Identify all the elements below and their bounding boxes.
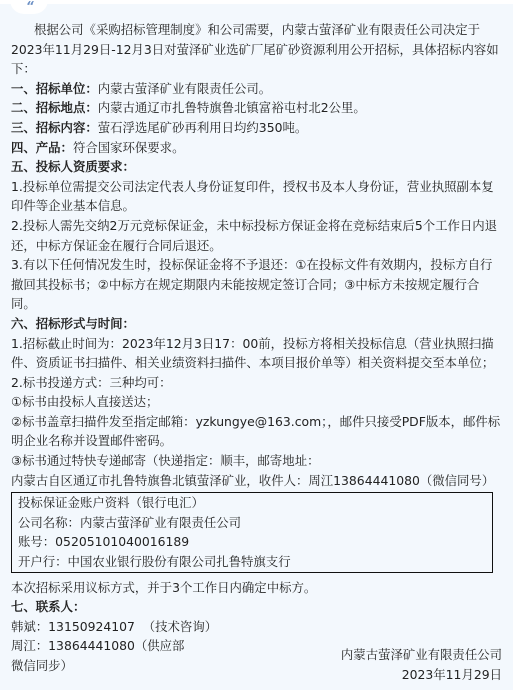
section-3-label: 三、招标内容： xyxy=(11,120,98,135)
bank-account-number: 账号：05205101040016189 xyxy=(18,532,492,552)
section-2: 二、招标地点：内蒙古通辽市扎鲁特旗鲁北镇富裕屯村北2公里。 xyxy=(11,98,503,118)
bank-company-name: 公司名称：内蒙古萤泽矿业有限责任公司 xyxy=(18,513,492,533)
tender-item: ③标书通过特快专递邮寄（快递指定：顺丰，邮寄地址： xyxy=(11,451,503,471)
qualification-item: 3.有以下任何情况发生时，投标保证金将不予退还：①在投标文件有效期内，投标方自行… xyxy=(11,255,503,314)
section-1-label: 一、招标单位： xyxy=(11,81,98,96)
section-1: 一、招标单位：内蒙古萤泽矿业有限责任公司。 xyxy=(11,79,503,99)
tender-item: 2.标书投递方式：三种均可： xyxy=(11,373,503,393)
notice-body: 根据公司《采购招标管理制度》和公司需要，内蒙古萤泽矿业有限责任公司决定于2023… xyxy=(11,20,503,676)
contact-name: 韩斌： xyxy=(11,619,48,634)
section-3-text: 萤石浮选尾矿砂再利用日均约350吨。 xyxy=(98,120,308,135)
bank-account-box: 投标保证金账户资料（银行电汇） 公司名称：内蒙古萤泽矿业有限责任公司 账号：05… xyxy=(11,492,493,572)
signature-company: 内蒙古萤泽矿业有限责任公司 xyxy=(341,645,502,665)
contact-item: 韩斌：13150924107 （技术咨询） xyxy=(11,617,503,637)
bank-branch: 开户行：中国农业银行股份有限公司扎鲁特旗支行 xyxy=(18,552,492,572)
qualification-item: 1.投标单位需提交公司法定代表人身份证复印件，授权书及本人身份证，营业执照副本复… xyxy=(11,177,503,216)
tender-item: ①标书由投标人直接送达； xyxy=(11,392,503,412)
tender-item: 1.招标截止时间为：2023年12月3日17：00前，投标方将相关投标信息（营业… xyxy=(11,334,503,373)
tender-item-address: 内蒙古自区通辽市扎鲁特旗鲁北镇萤泽矿业，收件人：周江13864441080（微信… xyxy=(11,471,503,491)
signature-block: 内蒙古萤泽矿业有限责任公司 2023年11月29日 xyxy=(341,645,502,684)
method-note: 本次招标采用议标方式，并于3个工作日内确定中标方。 xyxy=(11,578,503,598)
section-4: 四、产品：符合国家环保要求。 xyxy=(11,138,503,158)
tender-item-email: ②标书盖章扫描件发至指定邮箱：yzkungye@163.com；，邮件只接受PD… xyxy=(11,412,503,451)
section-1-text: 内蒙古萤泽矿业有限责任公司。 xyxy=(98,81,271,96)
section-6-heading: 六、招标形式与时间： xyxy=(11,314,503,334)
section-4-label: 四、产品： xyxy=(11,140,73,155)
section-2-text: 内蒙古通辽市扎鲁特旗鲁北镇富裕屯村北2公里。 xyxy=(98,100,366,115)
notice-card: “ 根据公司《采购招标管理制度》和公司需要，内蒙古萤泽矿业有限责任公司决定于20… xyxy=(0,4,513,690)
contact-detail: 13150924107 （技术咨询） xyxy=(48,619,217,634)
qualification-item: 2.投标人需先交纳2万元竞标保证金，未中标投标方保证金将在竞标结束后5个工作日内… xyxy=(11,216,503,255)
section-7-heading: 七、联系人： xyxy=(11,597,503,617)
quote-icon: “ xyxy=(26,1,34,11)
contact-name: 周江： xyxy=(11,638,48,653)
intro-paragraph: 根据公司《采购招标管理制度》和公司需要，内蒙古萤泽矿业有限责任公司决定于2023… xyxy=(11,20,503,79)
section-3: 三、招标内容：萤石浮选尾矿砂再利用日均约350吨。 xyxy=(11,118,503,138)
section-4-text: 符合国家环保要求。 xyxy=(73,140,185,155)
signature-date: 2023年11月29日 xyxy=(341,665,502,685)
bank-box-title: 投标保证金账户资料（银行电汇） xyxy=(18,493,492,513)
contact-detail: 13864441080（供应部 xyxy=(48,638,184,653)
section-2-label: 二、招标地点： xyxy=(11,100,98,115)
section-5-heading: 五、投标人资质要求： xyxy=(11,157,503,177)
